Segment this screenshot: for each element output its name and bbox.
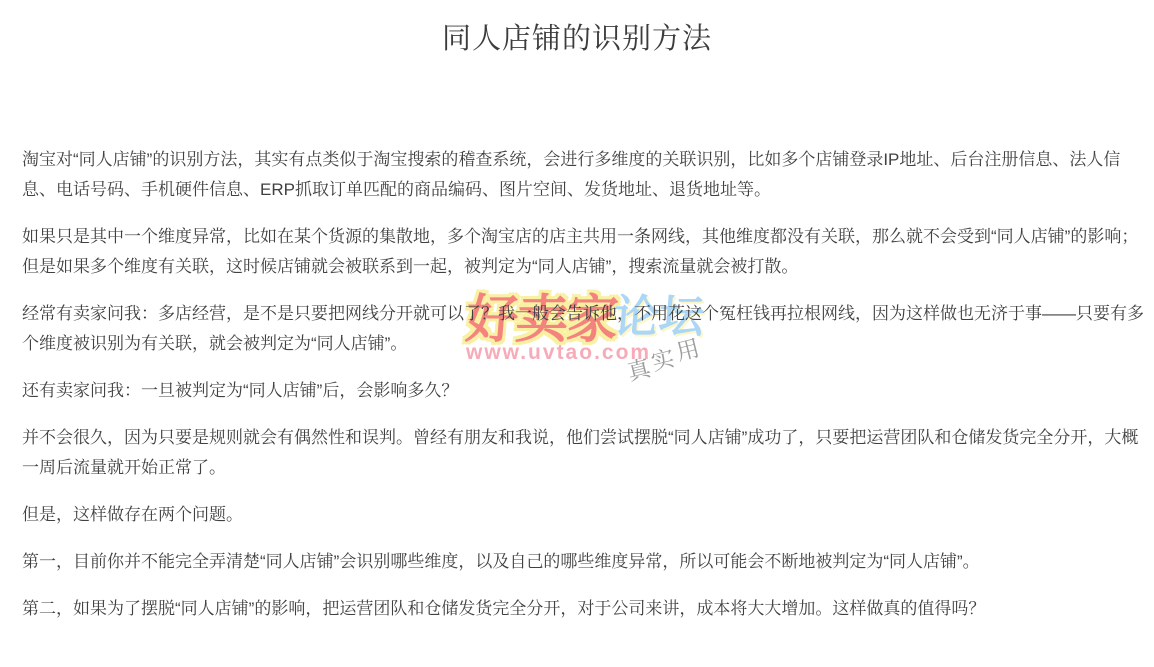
paragraph: 但是，这样做存在两个问题。 xyxy=(22,500,1150,530)
paragraph: 经常有卖家问我：多店经营，是不是只要把网线分开就可以了？我一般会告诉他，不用花这… xyxy=(22,299,1150,359)
paragraph: 淘宝对“同人店铺”的识别方法，其实有点类似于淘宝搜索的稽查系统，会进行多维度的关… xyxy=(22,145,1150,205)
paragraph: 第二，如果为了摆脱“同人店铺”的影响，把运营团队和仓储发货完全分开，对于公司来讲… xyxy=(22,594,1150,624)
paragraph: 并不会很久，因为只要是规则就会有偶然性和误判。曾经有朋友和我说，他们尝试摆脱“同… xyxy=(22,423,1150,483)
paragraph: 如果只是其中一个维度异常，比如在某个货源的集散地，多个淘宝店的店主共用一条网线，… xyxy=(22,222,1150,282)
paragraph: 还有卖家问我：一旦被判定为“同人店铺”后，会影响多久？ xyxy=(22,376,1150,406)
paragraph: 第一，目前你并不能完全弄清楚“同人店铺”会识别哪些维度，以及自己的哪些维度异常，… xyxy=(22,547,1150,577)
page-title: 同人店铺的识别方法 xyxy=(0,16,1154,57)
article-body: 淘宝对“同人店铺”的识别方法，其实有点类似于淘宝搜索的稽查系统，会进行多维度的关… xyxy=(0,145,1154,624)
